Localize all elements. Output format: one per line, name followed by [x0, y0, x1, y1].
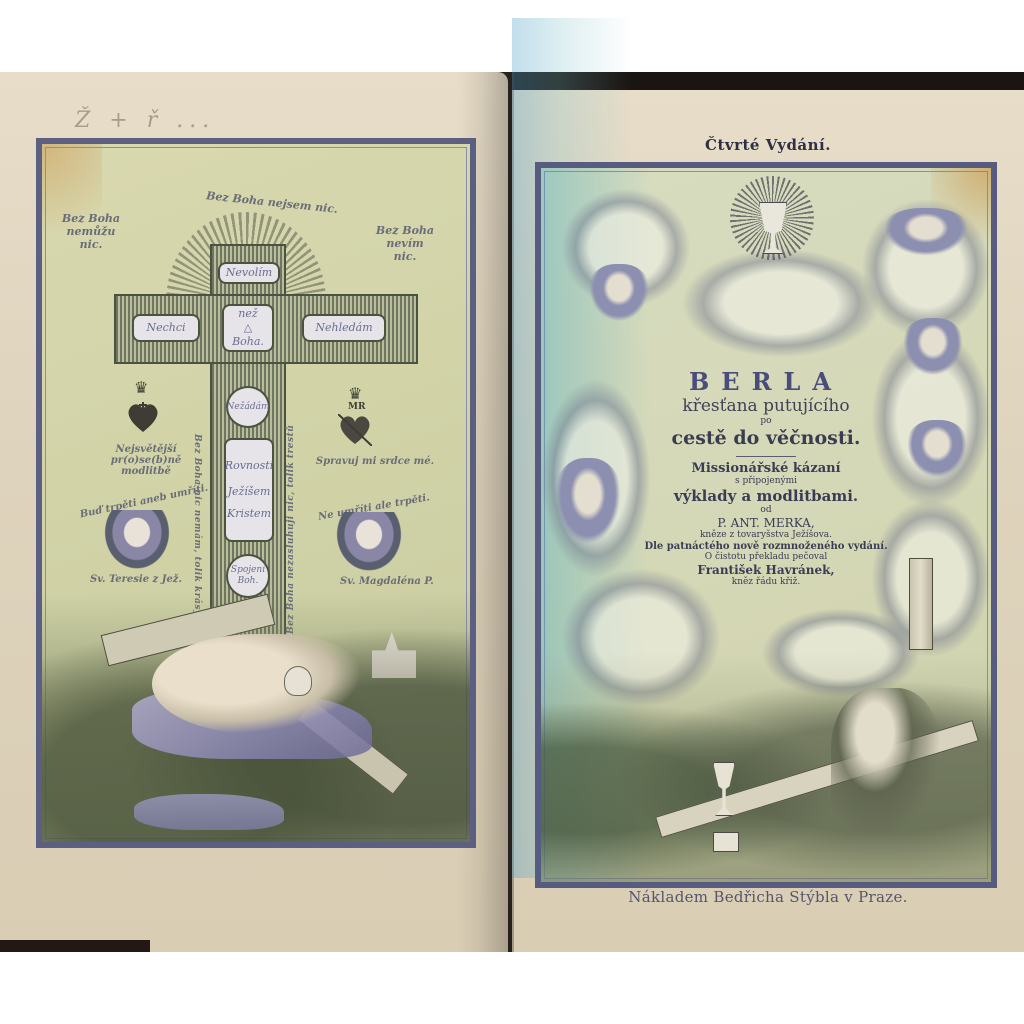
- subtitle-line: výklady a modlitbami.: [541, 487, 991, 505]
- motto-top-left: Bez Boha nemůžu nic.: [46, 212, 136, 251]
- plaque-line: než: [238, 307, 257, 321]
- motto-line: Bez Boha nevím: [360, 224, 450, 250]
- publisher-imprint: Nákladem Bedřicha Stýbla v Praze.: [512, 888, 1024, 906]
- motto-line: nic.: [360, 250, 450, 263]
- pond-illustration: [134, 794, 284, 830]
- title-line: křesťana putujícího: [541, 396, 991, 416]
- motto-line: Bez Boha nemůžu: [46, 212, 136, 238]
- subtitle-line: s připojenými: [541, 476, 991, 487]
- motto-line: nic.: [46, 238, 136, 251]
- angel-with-veil-illustration: [587, 264, 651, 324]
- edition-label: Čtvrté Vydání.: [512, 136, 1024, 154]
- plaque-right-arm: Nehledám: [302, 314, 386, 342]
- heart-motto-right: Spravuj mi srdce mé.: [310, 456, 440, 467]
- saint-caption-left: Sv. Teresie z Jež.: [90, 574, 182, 585]
- plaque-line: Ježíšem: [228, 485, 271, 499]
- handwritten-scribble: Ž + ř ...: [75, 108, 215, 133]
- divider: [736, 456, 796, 457]
- dice-icon: [713, 832, 739, 852]
- title-page-plate: BERLA křesťana putujícího po cestě do vě…: [535, 162, 997, 888]
- plaque-line: Boh.: [238, 576, 259, 587]
- cloud: [681, 248, 881, 358]
- translator-name: František Havránek,: [541, 563, 991, 577]
- cover-edge: [0, 940, 150, 952]
- plaque-line: Spojení: [231, 565, 265, 576]
- motto-top-center: Bez Boha nejsem nic.: [202, 189, 343, 217]
- subtitle-line: od: [541, 505, 991, 516]
- plaque-long-panel: Rovnosti Ježíšem Kristem: [224, 438, 274, 542]
- crown-icon: ♛: [134, 378, 148, 397]
- saint-teresa-illustration: [100, 510, 174, 574]
- author-name: P. ANT. MERKA,: [541, 516, 991, 530]
- sleeping-child-illustration: [152, 634, 362, 734]
- plaque-top: Nevolím: [218, 262, 280, 284]
- author-role: kněze z tovaryšstva Ježíšova.: [541, 530, 991, 541]
- translator-role: kněz řádu křiž.: [541, 577, 991, 588]
- saint-caption-right: Sv. Magdaléna P.: [340, 576, 434, 587]
- crown-icon: ♛: [348, 384, 362, 403]
- plaque-upper-shaft: Nežádám: [226, 386, 270, 428]
- subtitle-line: Missionářské kázaní: [541, 461, 991, 476]
- pierced-heart-icon: [338, 414, 372, 446]
- skull-icon: [284, 666, 312, 696]
- saint-magdalene-illustration: [332, 512, 406, 576]
- plaque-line: Rovnosti: [225, 459, 273, 473]
- plaque-line: Kristem: [227, 507, 271, 521]
- plaque-line: Boha.: [232, 335, 264, 349]
- title-line: cestě do věčnosti.: [541, 427, 991, 449]
- sacred-heart-icon: [126, 402, 160, 434]
- eye-of-providence-icon: △: [244, 321, 252, 335]
- translation-note: O čistotu překladu pečoval: [541, 552, 991, 563]
- book-title: BERLA: [541, 368, 991, 396]
- cherubs-illustration: [881, 208, 971, 258]
- title-block: BERLA křesťana putujícího po cestě do vě…: [541, 368, 991, 588]
- monogram: MR: [348, 402, 365, 412]
- seated-figure-illustration: [831, 688, 941, 838]
- title-line: po: [541, 416, 991, 427]
- motto-top-right: Bez Boha nevím nic.: [360, 224, 450, 263]
- frontispiece-plate: Bez Boha nejsem nic. Bez Boha nemůžu nic…: [36, 138, 476, 848]
- heart-motto-left: Nejsvětější pr(o)se(b)ně modlitbě: [86, 444, 206, 477]
- plaque-left-arm: Nechci: [132, 314, 200, 342]
- plaque-center: než △ Boha.: [222, 304, 274, 352]
- source-edition: Dle patnáctého nově rozmnoženého vydání.: [541, 541, 991, 552]
